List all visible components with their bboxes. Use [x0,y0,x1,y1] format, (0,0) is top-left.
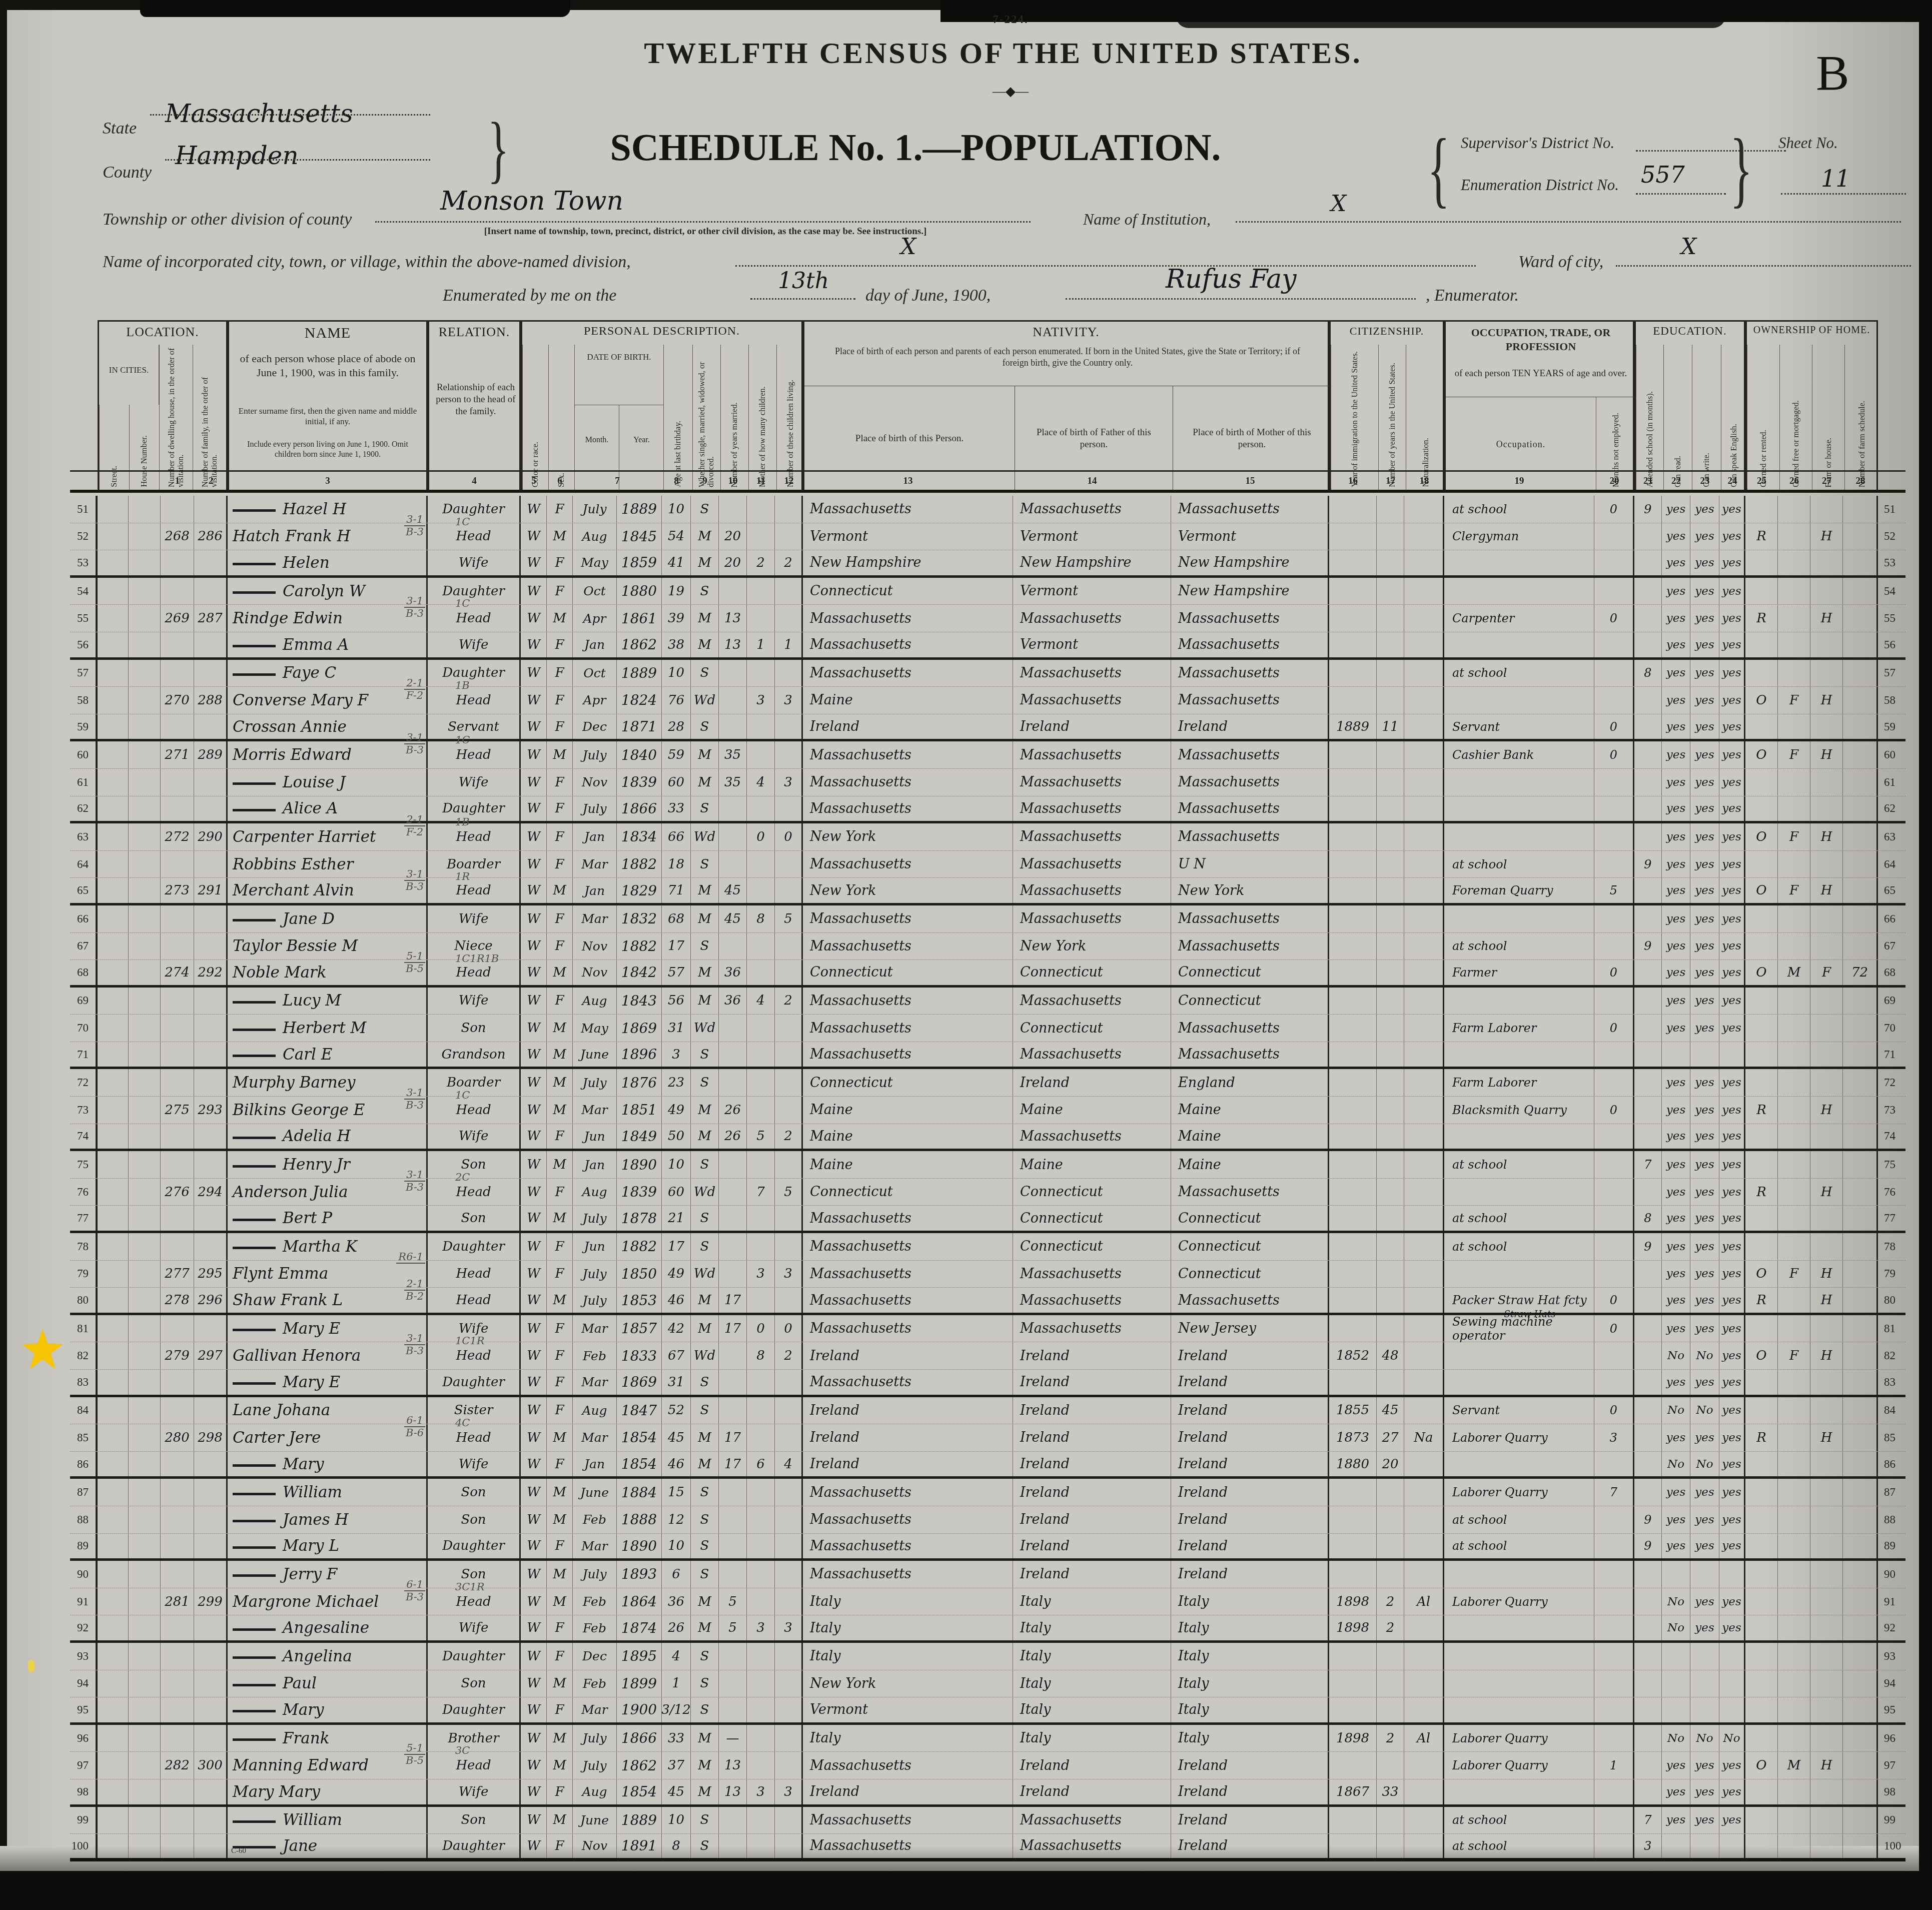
col-house [129,1424,161,1451]
col-rd: yes [1662,1288,1690,1313]
col-name: William [228,1479,428,1506]
entry-yr: 1857 [621,1320,657,1337]
col-race: W [521,1452,547,1477]
enumerator-suffix: , Enumerator. [1426,286,1519,305]
pencil-annotation: 1C [455,516,470,528]
col-yr: 1842 [617,960,662,985]
col-name: Carolyn W [228,578,428,605]
entry-wr: yes [1695,884,1714,897]
col-race: W [521,1588,547,1615]
enumerated-day-line [750,298,855,300]
col-mne [1594,933,1634,960]
line-number: 60 [1884,748,1895,761]
col-sch [1634,1015,1662,1042]
entry-name: Faye C [283,664,336,682]
col-ln: 78 [70,1233,98,1260]
col-nfs [1843,1561,1878,1588]
col-street [98,1615,129,1640]
entry-pobf: Massachusetts [1020,1266,1122,1282]
entry-pob: Connecticut [810,965,893,980]
col-wr: yes [1690,1097,1719,1124]
pencil-annotation: 2-1B-2 [404,1279,425,1302]
col-pobf: Vermont [1013,632,1171,657]
col-fh: H [1810,741,1843,768]
entry-sex: F [555,719,564,734]
entry-name: Carl E [283,1046,332,1064]
col-race: W [521,905,547,932]
col23-label: Can write. [1692,345,1721,491]
col-ofm [1778,1588,1810,1615]
entry-rd: yes [1666,1130,1685,1143]
col-yus [1377,632,1404,657]
entry-age: 10 [668,502,684,517]
col-mar: M [691,741,719,768]
entry-race: W [527,693,540,708]
col-name: 3-1B-3Merchant Alvin [228,878,428,903]
col-pob: Ireland [803,1779,1013,1804]
entry-sex: F [555,1375,564,1390]
entry-mar: S [700,1211,709,1226]
col-mne [1594,523,1634,550]
col-mne [1594,905,1634,932]
col-pobm: Italy [1171,1725,1329,1752]
col-ym: 17 [719,1424,747,1451]
entry-race: W [527,1457,540,1472]
col-occ: at school [1444,933,1594,960]
line-number: 76 [1884,1186,1895,1199]
entry-fam: 288 [198,693,223,708]
col-mhc [747,1015,775,1042]
col-name: Frank [228,1725,428,1752]
col-ofm [1778,1370,1810,1395]
entry-rd: yes [1666,912,1685,925]
col-race: W [521,578,547,605]
col-name: Carl E [228,1042,428,1067]
col-nfs [1843,1534,1878,1559]
col-age: 45 [662,1779,691,1804]
col-fam [194,1124,228,1149]
col-imm [1329,1643,1377,1670]
col-race: W [521,1424,547,1451]
col-wr: yes [1690,1506,1719,1533]
col-yr: 1832 [617,905,662,932]
col-imm [1329,1042,1377,1067]
entry-pobf: Massachusetts [1020,692,1122,708]
col-street [98,741,129,768]
group-ownership-title: OWNERSHIP OF HOME. [1747,325,1876,336]
col-nat [1404,1479,1444,1506]
col-ym: 13 [719,1752,747,1779]
col-ln: 100 [70,1834,98,1858]
col-en: yes [1719,1342,1745,1369]
ditto-dash [233,673,276,676]
col-street [98,1370,129,1395]
col-imm: 1880 [1329,1452,1377,1477]
entry-age: 60 [668,775,684,790]
col-sch [1634,823,1662,850]
entry-pobm: Massachusetts [1178,1293,1280,1308]
city-label: Name of incorporated city, town, or vill… [103,253,631,272]
entry-ofm: F [1789,1348,1798,1363]
col-rel: Wife [428,1124,521,1149]
col-en [1719,1697,1745,1722]
entry-name: Rindge Edwin [233,609,343,627]
col-imm: 1898 [1329,1588,1377,1615]
entry-pobf: Ireland [1020,1374,1070,1390]
col-rel: Daughter [428,1233,521,1260]
entry-pobm: Connecticut [1178,965,1261,980]
line-number: 94 [1884,1677,1895,1690]
col-ym [719,1397,747,1424]
col-imm [1329,1206,1377,1231]
col-nat [1404,1779,1444,1804]
entry-name: Manning Edward [233,1756,369,1774]
entry-pobf: Ireland [1020,1566,1070,1582]
col-ym: 36 [719,988,747,1015]
col-ym [719,1206,747,1231]
col-imm: 1889 [1329,714,1377,739]
col-nfs [1843,1588,1878,1615]
entry-ym: 45 [724,883,741,898]
col-rn: 51 [1878,496,1905,523]
entry-mo: July [582,502,606,516]
entry-rel: Daughter [442,584,505,599]
col-dw [161,933,194,960]
ditto-dash [233,1820,276,1823]
col-rn: 77 [1878,1206,1905,1231]
census-row-55: 552692873-1B-3Rindge Edwin1CHeadWMApr186… [70,605,1905,632]
entry-mo: July [582,1758,606,1773]
col-name: Adelia H [228,1124,428,1149]
col-mo: July [573,741,617,768]
entry-sex: M [553,529,566,544]
col-fam [194,1725,228,1752]
entry-mar: S [700,719,709,734]
entry-pob: Massachusetts [810,1239,911,1254]
table-body: 51Hazel HDaughterWFJuly188910SMassachuse… [70,496,1905,1861]
entry-ym: 35 [724,747,741,762]
col-age: 66 [662,823,691,850]
col-fam: 297 [194,1342,228,1369]
entry-rel: Daughter [442,801,505,816]
entry-age: 17 [668,938,684,953]
col-own: O [1745,1342,1778,1369]
entry-en: yes [1722,1785,1741,1798]
col-ln: 82 [70,1342,98,1369]
entry-pobm: Massachusetts [1178,747,1280,763]
col-rel: 2CHead [428,1179,521,1206]
col-street [98,1288,129,1313]
col-dw [161,1670,194,1697]
col-mo: July [573,1752,617,1779]
col-sex: M [547,1588,573,1615]
census-row-51: 51Hazel HDaughterWFJuly188910SMassachuse… [70,496,1905,523]
col-sch [1634,632,1662,657]
col-en: yes [1719,1752,1745,1779]
col-pobm: Italy [1171,1670,1329,1697]
col-rn: 71 [1878,1042,1905,1067]
entry-ym: 17 [724,1430,741,1445]
col12-label: Number of these children living. [776,345,804,491]
entry-ym: 13 [724,637,741,652]
col-mo: Mar [573,1697,617,1722]
col-yr: 1834 [617,823,662,850]
col-mhc [747,605,775,632]
township-note: [Insert name of township, town, precinct… [380,226,1031,237]
col-wr [1690,1643,1719,1670]
entry-pob: Vermont [810,529,868,544]
entry-pobm: New Hampshire [1178,583,1290,599]
entry-ym: 13 [724,611,741,626]
col-pobm: Maine [1171,1151,1329,1178]
col-pobm: Massachusetts [1171,1179,1329,1206]
entry-mo: May [581,1021,608,1036]
col-sex: F [547,496,573,523]
col-rd: yes [1662,1807,1690,1834]
line-number: 81 [1884,1322,1895,1335]
column-number-8: 8 [662,476,691,487]
entry-pobf: Massachusetts [1020,747,1122,763]
col-ln: 74 [70,1124,98,1149]
entry-dw: 281 [165,1594,190,1609]
col-sch [1634,1397,1662,1424]
col-mo: Dec [573,1643,617,1670]
entry-mar: M [698,883,711,898]
col-name: Louise J [228,769,428,796]
col-mhc: 8 [747,905,775,932]
col-ym [719,1534,747,1559]
col-own: R [1745,523,1778,550]
col-sch [1634,1752,1662,1779]
col-rd: yes [1662,632,1690,657]
col-street [98,1261,129,1288]
col-pobf: Italy [1013,1643,1171,1670]
entry-sex: M [553,1512,566,1527]
entry-own: O [1756,1758,1766,1773]
col-mar: S [691,1042,719,1067]
line-number: 66 [77,912,89,925]
col-ym: 35 [719,769,747,796]
col-rel: 3CHead [428,1752,521,1779]
col-ncl: 3 [775,769,803,796]
line-number: 63 [77,830,89,843]
ditto-dash [233,509,276,512]
col-race: W [521,714,547,739]
entry-en: yes [1722,802,1741,815]
entry-pobm: Italy [1178,1648,1209,1664]
entry-occ: Cashier Bank [1452,748,1534,762]
col-occ [1444,1042,1594,1067]
col-rel: Son [428,1670,521,1697]
col-yus [1377,988,1404,1015]
col-rel: 3C1RHead [428,1588,521,1615]
col-dw [161,632,194,657]
enumeration-district-line [1636,193,1726,195]
col-mo: Jan [573,823,617,850]
entry-ofm: F [1789,693,1798,708]
census-row-88: 88James HSonWMFeb188812SMassachusettsIre… [70,1506,1905,1534]
county-label: County [103,163,152,182]
col-wr: yes [1690,660,1719,687]
col-mhc [747,523,775,550]
entry-yr: 1882 [621,1238,657,1255]
entry-age: 45 [668,1430,684,1445]
col-wr: yes [1690,1752,1719,1779]
entry-mo: Feb [583,1676,606,1691]
census-row-95: 95MaryDaughterWFMar19003/12SVermontItaly… [70,1697,1905,1725]
col-occ [1444,988,1594,1015]
entry-mar: S [700,857,709,872]
col-sch: 9 [1634,1506,1662,1533]
col-dw [161,1779,194,1804]
line-number: 68 [77,966,89,979]
entry-race: W [527,1211,540,1226]
ditto-dash [233,1493,276,1495]
col-yr: 1882 [617,1233,662,1260]
col-sex: M [547,741,573,768]
entry-fam: 296 [198,1293,223,1308]
col-house [129,1725,161,1752]
entry-mo: Aug [582,529,607,544]
entry-age: 10 [668,1812,684,1827]
entry-ncl: 2 [784,993,792,1008]
entry-pobm: Ireland [1178,1538,1228,1554]
col-sex: M [547,1015,573,1042]
ditto-dash [233,645,276,647]
entry-race: W [527,719,540,734]
col-nat [1404,1370,1444,1395]
col-dw [161,1615,194,1640]
col-own [1745,632,1778,657]
entry-rel: Wife [459,1321,489,1336]
col-pobf: Massachusetts [1013,496,1171,523]
col-nfs [1843,1069,1878,1096]
col-nfs [1843,823,1878,850]
col-nfs [1843,1807,1878,1834]
col-dw: 281 [161,1588,194,1615]
entry-race: W [527,1812,540,1827]
col-yus [1377,823,1404,850]
col-mne [1594,550,1634,575]
entry-age: 17 [668,1239,684,1254]
entry-imm: 1898 [1336,1594,1369,1609]
entry-age: 33 [668,1731,684,1746]
col-mhc [747,1561,775,1588]
col-house [129,523,161,550]
col-rd [1662,1697,1690,1722]
col-ln: 66 [70,905,98,932]
entry-pobf: New Hampshire [1020,555,1132,570]
entry-mar: S [700,1047,709,1062]
col-en: yes [1719,605,1745,632]
entry-rd: yes [1666,1294,1685,1307]
col-pob: Italy [803,1615,1013,1640]
col-nfs [1843,769,1878,796]
col-pobf: Massachusetts [1013,769,1171,796]
col-fh: H [1810,687,1843,714]
name-note1: Enter surname first, then the given name… [236,406,419,427]
col-pob: Ireland [803,714,1013,739]
col-mne [1594,1042,1634,1067]
entry-pobm: Massachusetts [1178,692,1280,708]
entry-age: 12 [668,1512,684,1527]
census-row-77: 77Bert PSonWMJuly187821SMassachusettsCon… [70,1206,1905,1233]
col-ym [719,1179,747,1206]
entry-mo: Feb [583,1349,606,1363]
entry-race: W [527,529,540,544]
line-number: 98 [1884,1785,1895,1798]
col-yus: 11 [1377,714,1404,739]
entry-pobf: Massachusetts [1020,1129,1122,1144]
entry-mo: Apr [583,611,606,626]
entry-mo: June [580,1485,609,1500]
entry-age: 45 [668,1784,684,1799]
col-mar: M [691,1124,719,1149]
col-mo: July [573,1561,617,1588]
entry-pob: Ireland [810,1784,859,1799]
entry-pob: Massachusetts [810,1047,911,1062]
col-pobf: New York [1013,933,1171,960]
col-ncl [775,1807,803,1834]
col-pobm: Ireland [1171,1834,1329,1858]
entry-name: Morris Edward [233,746,352,764]
col-mne [1594,1206,1634,1231]
township-label: Township or other division of county [103,210,352,229]
col-pobf: Massachusetts [1013,1807,1171,1834]
entry-yr: 1853 [621,1292,657,1309]
line-number: 78 [1884,1240,1895,1253]
col-pob: Massachusetts [803,1834,1013,1858]
col-fh: H [1810,1752,1843,1779]
col-race: W [521,1370,547,1395]
col-wr: yes [1690,769,1719,796]
col-name: 2-1F-2Converse Mary F [228,687,428,714]
entry-mar: M [698,1129,711,1144]
col-pobf: Italy [1013,1588,1171,1615]
col-rn: 97 [1878,1752,1905,1779]
col-wr: yes [1690,1206,1719,1231]
col-ym [719,496,747,523]
col-house [129,1015,161,1042]
col-wr: yes [1690,1315,1719,1342]
entry-pobm: Italy [1178,1594,1209,1609]
census-row-79: 79277295R6-1Flynt EmmaHeadWFJuly185049Wd… [70,1261,1905,1288]
col-ofm [1778,1643,1810,1670]
col-age: 12 [662,1506,691,1533]
entry-pobm: Massachusetts [1178,611,1280,626]
entry-pob: Italy [810,1648,841,1664]
col-yus [1377,769,1404,796]
col-mo: Mar [573,851,617,878]
entry-sex: M [553,1075,566,1090]
col-yus [1377,1042,1404,1067]
col-nfs [1843,1397,1878,1424]
col-name: Paul [228,1670,428,1697]
entry-en: yes [1722,1349,1741,1362]
census-row-52: 522682863-1B-3Hatch Frank H1CHeadWMAug18… [70,523,1905,551]
col-nat [1404,1834,1444,1858]
line-number: 55 [1884,612,1895,625]
entry-name: Mary Mary [233,1783,320,1801]
entry-en: No [1723,1732,1740,1745]
col-name: Murphy Barney [228,1069,428,1096]
entry-occ: at school [1452,939,1507,953]
entry-sex: F [555,637,564,652]
col-wr: yes [1690,933,1719,960]
entry-pobf: Ireland [1020,1075,1070,1091]
entry-sch: 7 [1644,1813,1651,1827]
col-mar: S [691,1834,719,1858]
